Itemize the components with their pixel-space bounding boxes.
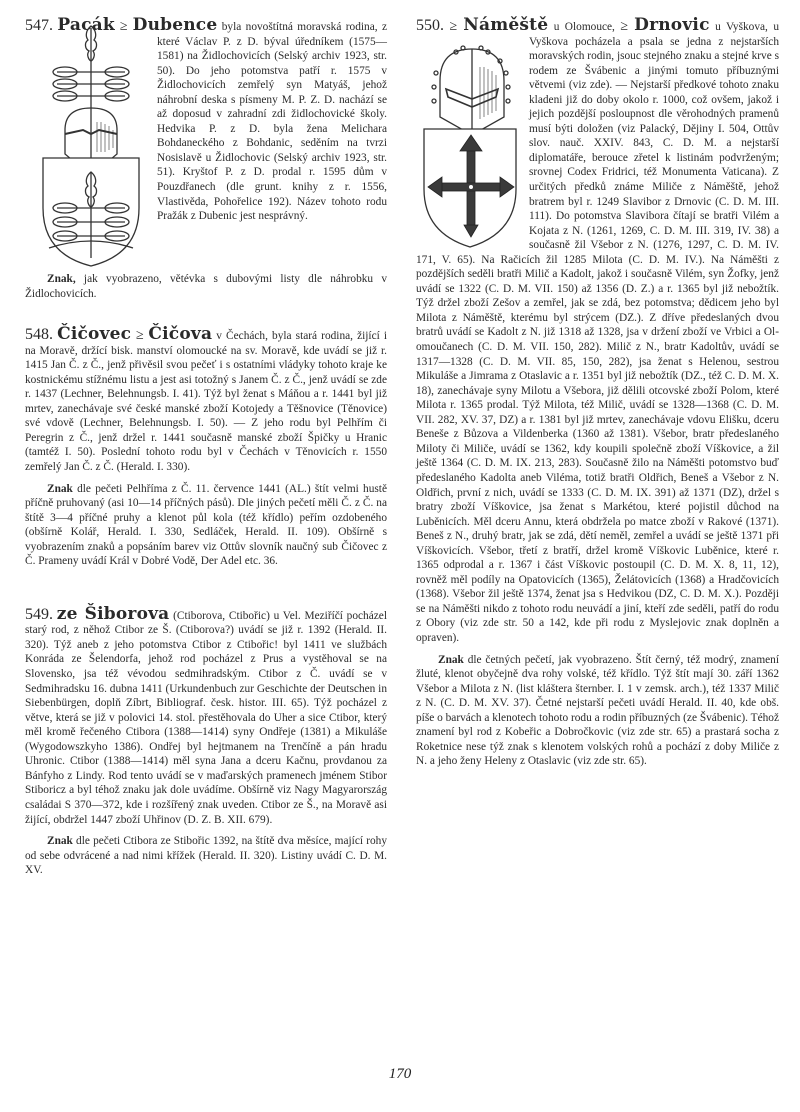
znak-label: Znak bbox=[438, 654, 464, 666]
entry-name: Dubence bbox=[133, 15, 218, 35]
znak-text: dle četných pečetí, jak vyobrazeno. Štít… bbox=[416, 654, 779, 768]
entry-body: byla novoštítná moravská rodina, z které… bbox=[157, 21, 387, 222]
z-ligature: ≥ bbox=[449, 19, 463, 34]
entry-name: Náměště bbox=[463, 15, 548, 35]
entry-number: 549. bbox=[25, 606, 53, 623]
heading-location: u Olomouce, bbox=[548, 21, 620, 33]
znak-text: jak vyobrazeno, větévka s dubovými listy… bbox=[25, 273, 387, 300]
z-ligature: ≥ bbox=[620, 19, 634, 34]
entry-name: Drnovic bbox=[634, 15, 710, 35]
znak-text: dle pečeti Pelhříma z Č. 11. července 14… bbox=[25, 483, 387, 568]
page-number: 170 bbox=[0, 1066, 800, 1083]
znak-label: Znak, bbox=[47, 273, 76, 285]
entry-number: 547. bbox=[25, 17, 53, 34]
entry-550: 550. ≥ Náměště u Olomouce, ≥ Drnovic u V… bbox=[416, 18, 779, 769]
z-ligature: ≥ bbox=[131, 328, 148, 343]
entry-number: 550. bbox=[416, 17, 444, 34]
left-column: 547. Pacák ≥ Dubence bbox=[25, 18, 387, 878]
entry-547: 547. Pacák ≥ Dubence bbox=[25, 18, 387, 301]
entry-name: Čičova bbox=[148, 324, 212, 344]
z-ligature: ≥ bbox=[115, 19, 133, 34]
dictionary-page: 547. Pacák ≥ Dubence bbox=[0, 0, 800, 1112]
entry-body: v Čechách, byla stará rodina, žijící i n… bbox=[25, 330, 387, 473]
coat-of-arms-oak-branch-icon bbox=[35, 22, 147, 272]
right-column: 550. ≥ Náměště u Olomouce, ≥ Drnovic u V… bbox=[416, 18, 779, 769]
znak-label: Znak bbox=[47, 483, 73, 495]
entry-body: (Ctiborova, Ctibořic) u Vel. Meziříčí po… bbox=[25, 610, 387, 826]
znak-text: dle pečeti Ctibora ze Stibořic 1392, na … bbox=[25, 835, 387, 876]
coat-of-arms-arrow-cross-icon bbox=[416, 37, 521, 252]
entry-number: 548. bbox=[25, 326, 53, 343]
znak-label: Znak bbox=[47, 835, 73, 847]
entry-name: Pacák bbox=[57, 15, 115, 35]
heading-location: u Vyškova, bbox=[710, 21, 774, 33]
entry-name: Čičovec bbox=[57, 324, 131, 344]
entry-548: 548. Čičovec ≥ Čičova v Čechách, byla st… bbox=[25, 327, 387, 569]
entry-549: 549. ze Šiborova (Ctiborova, Ctibořic) u… bbox=[25, 607, 387, 878]
entry-name: ze Šiborova bbox=[57, 604, 170, 624]
